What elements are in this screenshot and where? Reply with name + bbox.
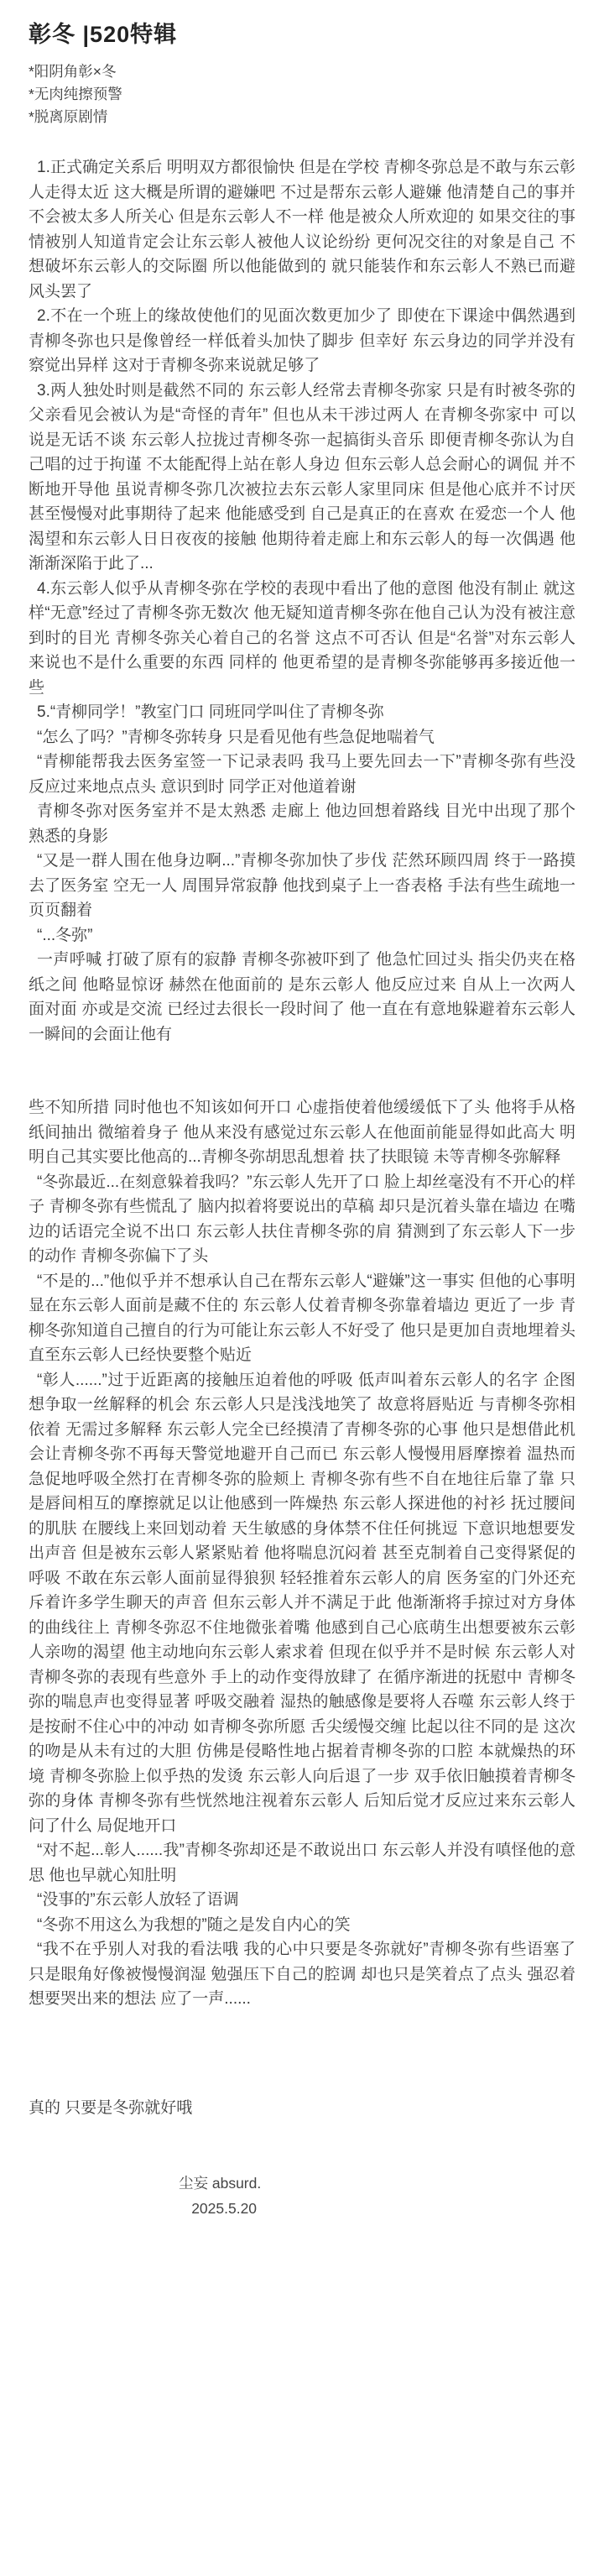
post-date: 2025.5.20: [179, 2196, 261, 2221]
paragraph: 2.不在一个班上的缘故使他们的见面次数更加少了 即使在下课途中偶然遇到 青柳冬弥…: [29, 304, 575, 379]
story-body: 1.正式确定关系后 明明双方都很愉快 但是在学校 青柳冬弥总是不敢与东云彰人走得…: [29, 155, 575, 2012]
tag-line: *无肉纯擦预警: [29, 83, 575, 106]
paragraph: 1.正式确定关系后 明明双方都很愉快 但是在学校 青柳冬弥总是不敢与东云彰人走得…: [29, 155, 575, 304]
paragraph-continuation: 些不知所措 同时他也不知该如何开口 心虚指使着他缓缓低下了头 他将手从格纸间抽出…: [29, 1095, 575, 1170]
paragraph: “没事的”东云彰人放轻了语调: [29, 1888, 575, 1913]
document-page: 彰冬 |520特辑 *阳阴角彰×冬 *无肉纯擦预警 *脱离原剧情 1.正式确定关…: [0, 0, 604, 2576]
paragraph: “怎么了吗？”青柳冬弥转身 只是看见他有些急促地喘着气: [29, 725, 575, 750]
tag-line: *阳阴角彰×冬: [29, 60, 575, 83]
signature-block: 尘妄 absurd. 2025.5.20: [179, 2171, 261, 2221]
author-signature: 尘妄 absurd.: [179, 2171, 261, 2196]
paragraph: “我不在乎别人对我的看法哦 我的心中只要是冬弥就好”青柳冬弥有些语塞了 只是眼角…: [29, 1937, 575, 2012]
paragraph: “对不起...彰人......我”青柳冬弥却还是不敢说出口 东云彰人并没有嗔怪他…: [29, 1838, 575, 1888]
paragraph: “冬弥不用这么为我想的”随之是发自内心的笑: [29, 1913, 575, 1938]
paragraph: 青柳冬弥对医务室并不是太熟悉 走廊上 他边回想着路线 目光中出现了那个熟悉的身影: [29, 799, 575, 849]
paragraph: “...冬弥”: [29, 923, 575, 948]
closing-line: 真的 只要是冬弥就好哦: [29, 2096, 575, 2121]
page-title: 彰冬 |520特辑: [29, 20, 575, 49]
paragraph: 4.东云彰人似乎从青柳冬弥在学校的表现中看出了他的意图 他没有制止 就这样“无意…: [29, 577, 575, 701]
paragraph: 3.两人独处时则是截然不同的 东云彰人经常去青柳冬弥家 只是有时被冬弥的父亲看见…: [29, 379, 575, 577]
paragraph: 5.“青柳同学！”教室门口 同班同学叫住了青柳冬弥: [29, 700, 575, 725]
tag-list: *阳阴角彰×冬 *无肉纯擦预警 *脱离原剧情: [29, 60, 575, 128]
paragraph: 一声呼喊 打破了原有的寂静 青柳冬弥被吓到了 他急忙回过头 指尖仍夹在格纸之间 …: [29, 948, 575, 1047]
paragraph: “又是一群人围在他身边啊...”青柳冬弥加快了步伐 茫然环顾四周 终于一路摸去了…: [29, 849, 575, 923]
paragraph: “彰人......”过于近距离的接触压迫着他的呼吸 低声叫着东云彰人的名字 企图…: [29, 1368, 575, 1839]
paragraph: “不是的...”他似乎并不想承认自己在帮东云彰人“避嫌”这一事实 但他的心事明显…: [29, 1269, 575, 1368]
paragraph: “青柳能帮我去医务室签一下记录表吗 我马上要先回去一下”青柳冬弥有些没反应过来地…: [29, 750, 575, 799]
paragraph: “冬弥最近...在刻意躲着我吗？”东云彰人先开了口 脸上却丝毫没有不开心的样子 …: [29, 1170, 575, 1269]
tag-line: *脱离原剧情: [29, 106, 575, 128]
